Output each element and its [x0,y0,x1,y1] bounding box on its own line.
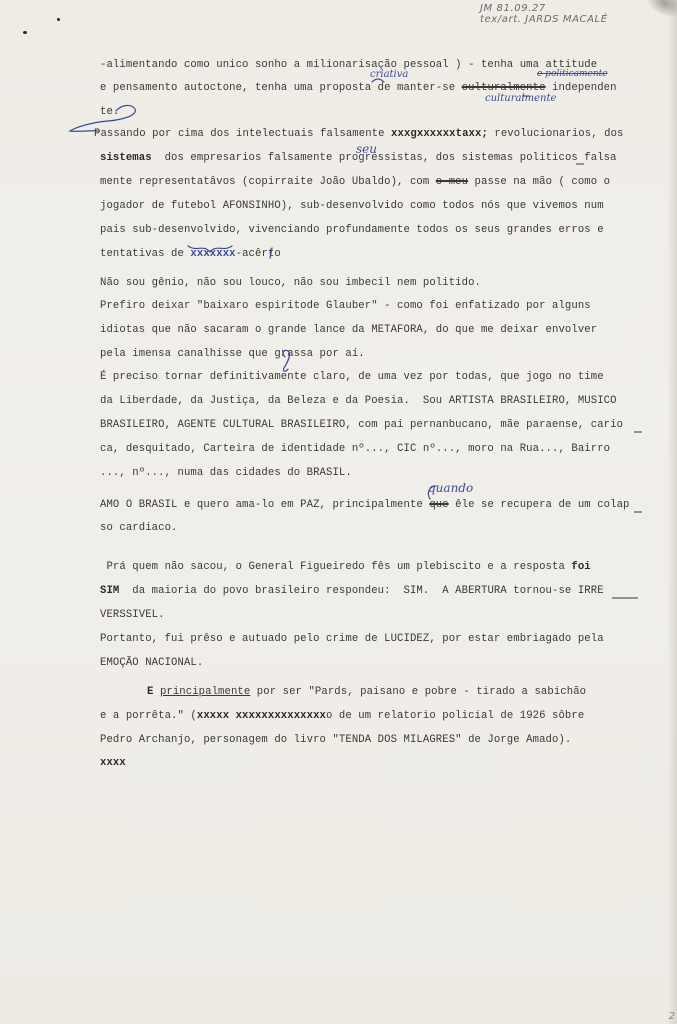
text-line: so cardiaco. [100,522,178,534]
text-segment: e pensamento autoctone, tenha uma propos… [100,82,462,94]
text-line: pais sub-desenvolvido, vivenciando profu… [100,224,604,236]
text-line: da Liberdade, da Justiça, da Beleza e da… [100,395,617,407]
text-segment: o de um relatorio policial de 1926 sôbre [326,710,584,722]
text-segment: tentativas de [100,248,190,260]
text-line: Prefiro deixar "baixaro espiritode Glaub… [100,300,591,312]
text-line: É preciso tornar definitivamente claro, … [100,371,604,383]
handwritten-insert-quando: quando [428,481,473,495]
text-segment: AMO O BRASIL e quero ama-lo em PAZ, prin… [100,499,429,511]
text-line: xxxx [100,757,126,769]
typed-over-text: sistemas [100,152,152,164]
archive-code: JM 81.09.27 [480,3,608,14]
ink-speck [23,31,27,34]
handwritten-insert-criativa: criativa [370,69,408,80]
text-line: idiotas que não sacaram o grande lance d… [100,324,597,336]
text-line: SIM da maioria do povo brasileiro respon… [100,585,604,597]
text-line: EMOÇÃO NACIONAL. [100,657,203,669]
text-line: VERSSIVEL. [100,609,165,621]
text-line: BRASILEIRO, AGENTE CULTURAL BRASILEIRO, … [100,419,623,431]
underlined-text: principalmente [160,686,250,698]
typed-over-text: SIM [100,585,119,597]
text-line: jogador de futebol AFONSINHO), sub-desen… [100,200,604,212]
archive-annotation: JM 81.09.27 tex/art. JARDS MACALÉ [480,3,608,25]
typed-over-text: xxxgxxxxxxtaxx; [391,128,488,140]
text-segment: Passando por cima dos intelectuais falsa… [94,128,391,140]
struck-text: o meu [436,176,468,188]
page-number: 2 [669,1011,675,1022]
text-segment: revolucionarios, dos [488,128,624,140]
text-line: te. [100,106,119,118]
text-segment: da maioria do povo brasileiro respondeu:… [119,585,603,597]
text-line: pela imensa canalhisse que grassa por aí… [100,348,365,360]
page-corner-shadow [641,0,677,23]
text-line: Passando por cima dos intelectuais falsa… [94,128,624,140]
text-segment: -acêrto [236,248,281,260]
text-line: Pedro Archanjo, personagem do livro "TEN… [100,734,571,746]
text-segment: dos empresarios falsamente progressistas… [152,152,617,164]
text-line: AMO O BRASIL e quero ama-lo em PAZ, prin… [100,499,630,511]
text-segment: mente representatâvos (copirraite João U… [100,176,436,188]
text-segment: Prá quem não sacou, o General Figueiredo… [100,561,571,573]
text-line: Não sou gênio, não sou louco, não sou im… [100,277,481,289]
text-segment: por ser "Pards, paisano e pobre - tirado… [250,686,586,698]
text-segment: passe na mão ( como o [468,176,610,188]
text-line: ca, desquitado, Carteira de identidade n… [100,443,610,455]
text-line: -alimentando como unico sonho a milionar… [100,59,597,71]
typed-over-text: E [147,686,153,698]
struck-text: que [429,499,448,511]
handwritten-insert-politicamente: e politicamente [537,69,608,79]
text-line: E principalmente por ser "Pards, paisano… [147,686,586,698]
text-segment: êle se recupera de um colap [449,499,630,511]
text-line: sistemas dos empresarios falsamente prog… [100,152,617,164]
archive-label: tex/art. JARDS MACALÉ [480,14,608,25]
typed-over-text: xxxxx xxxxxxxxxxxxxx [197,710,326,722]
text-line: Portanto, fui prêso e autuado pelo crime… [100,633,604,645]
text-line: e a porrêta." (xxxxx xxxxxxxxxxxxxxo de … [100,710,584,722]
text-line: mente representatâvos (copirraite João U… [100,176,610,188]
text-line: tentativas de xxxxxxx-acêrto [100,248,281,260]
typewritten-manuscript-page: JM 81.09.27 tex/art. JARDS MACALÉ -alime… [0,0,677,1024]
ink-speck [57,18,60,21]
scribbled-out-text: xxxxxxx [190,248,235,260]
typed-over-text: foi [571,561,590,573]
text-line: ..., nº..., numa das cidades do BRASIL. [100,467,352,479]
text-line: Prá quem não sacou, o General Figueiredo… [100,561,591,573]
text-segment: e a porrêta." ( [100,710,197,722]
typed-over-text: xxxx [100,757,126,769]
handwritten-insert-culturalmente: culturalmente [485,93,556,104]
